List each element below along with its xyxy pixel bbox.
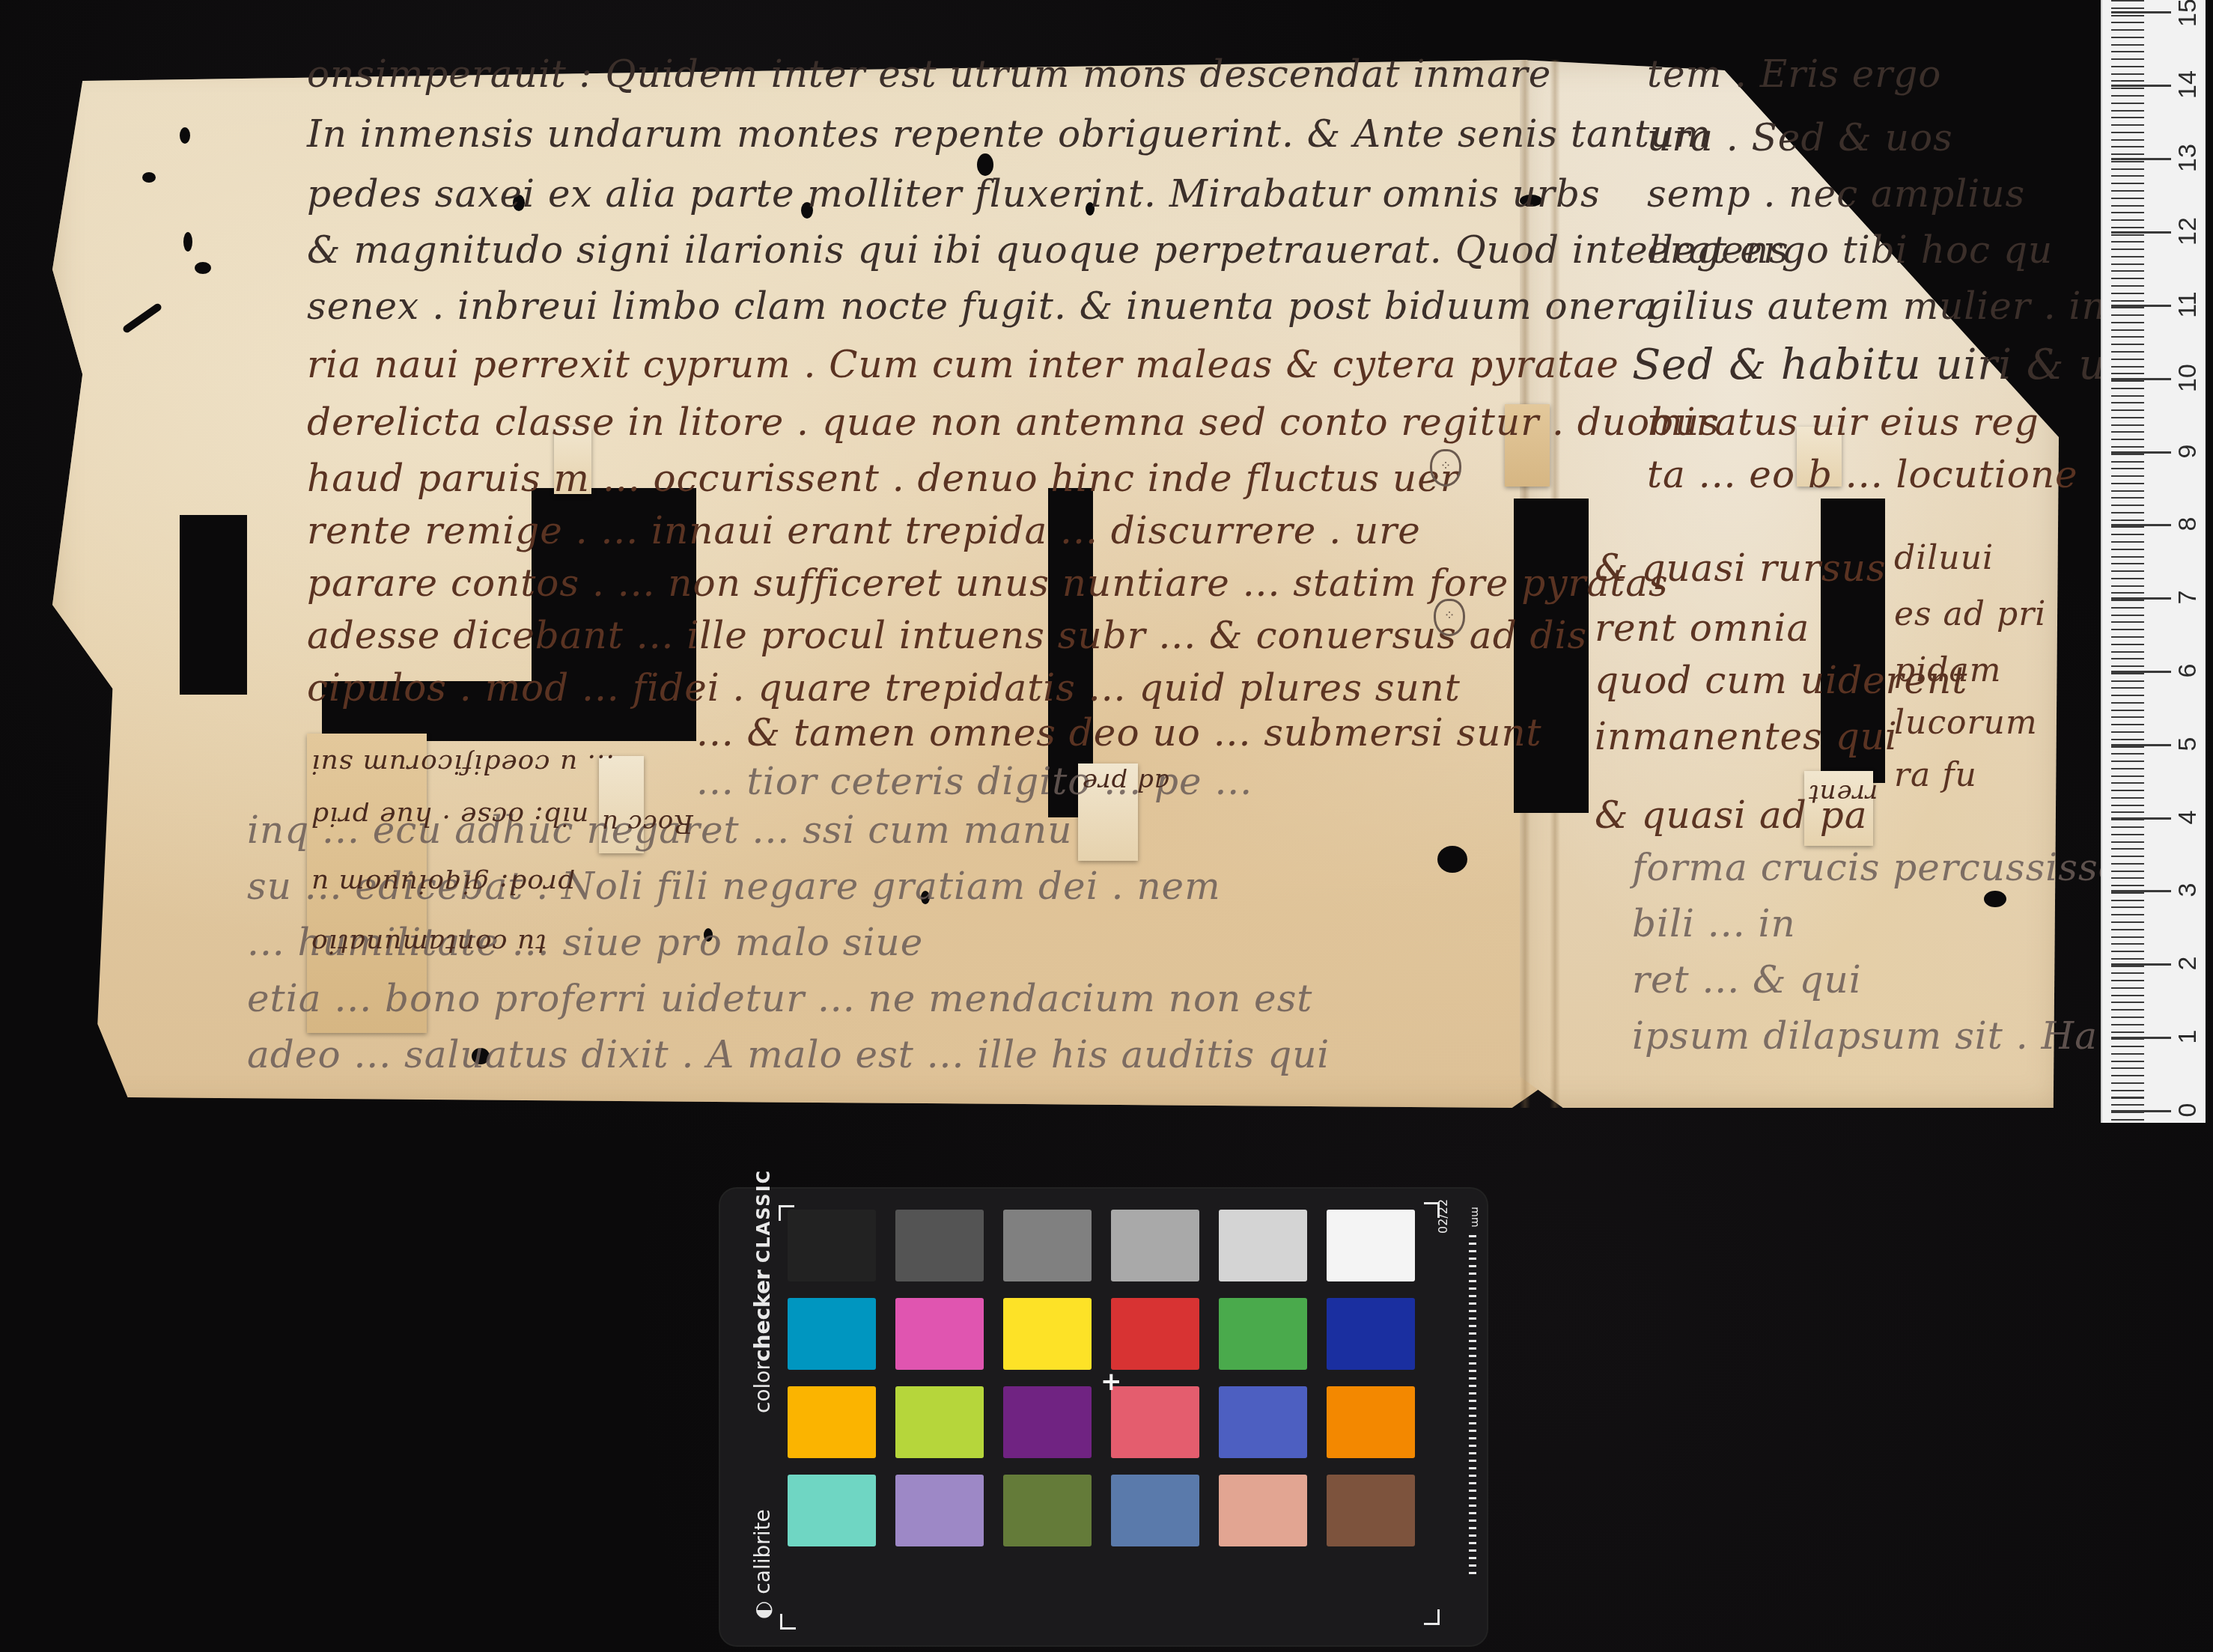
mirrored-text: ... u coedificorum sui xyxy=(311,749,615,779)
text-line: gilius autem mulier . ind xyxy=(1647,284,2131,328)
ruler-label: 6 xyxy=(2175,654,2200,687)
ink-blot xyxy=(1437,846,1467,873)
text-line: parare contos . ... non sufficeret unus … xyxy=(307,561,1669,605)
color-swatch-r3-c5 xyxy=(1219,1386,1307,1458)
text-line: haud paruis m ... occurissent . denuo hi… xyxy=(307,457,1459,500)
ruler-label: 10 xyxy=(2175,362,2200,394)
text-line: ret ... & qui xyxy=(1632,958,1862,1002)
ruler-tick xyxy=(2111,597,2171,600)
text-line: rent omnia xyxy=(1595,606,1809,650)
ruler-tick xyxy=(2111,11,2171,13)
color-checker-card: colorchecker CLASSIC ◐ calibrite + 02/22… xyxy=(720,1189,1487,1645)
mirrored-text: nib: ocse · hue prid xyxy=(311,801,588,832)
ruler-tick xyxy=(2111,451,2171,454)
ruler-label: 12 xyxy=(2175,215,2200,248)
ruler-tick xyxy=(2111,305,2171,307)
parchment-hole xyxy=(180,515,247,695)
text-line: ra fu xyxy=(1894,756,1977,794)
calibrite-logo-icon: ◐ xyxy=(750,1594,775,1619)
color-swatch-r4-c1 xyxy=(788,1475,876,1546)
color-swatch-r4-c6 xyxy=(1327,1475,1415,1546)
ruler-label: 4 xyxy=(2175,801,2200,834)
color-swatch-r1-c4 xyxy=(1111,1210,1199,1281)
ruler-label: 3 xyxy=(2175,874,2200,906)
ruler-tick xyxy=(2111,1037,2171,1039)
text-line: adesse dicebant ... ille procul intuens … xyxy=(307,614,1587,657)
ruler-tick xyxy=(2111,524,2171,526)
text-line: & magnitudo signi ilarionis qui ibi quoq… xyxy=(307,228,1789,272)
text-line: onsimperauit : Quidem inter est utrum mo… xyxy=(307,52,1551,96)
ruler-tick xyxy=(2111,158,2171,160)
ruler-label: 14 xyxy=(2175,68,2200,101)
mirrored-text: Rocc u xyxy=(601,808,693,838)
ruler-label: 1 xyxy=(2175,1020,2200,1053)
color-swatch-r3-c3 xyxy=(1003,1386,1092,1458)
color-swatch-r4-c5 xyxy=(1219,1475,1307,1546)
color-swatch-r2-c4 xyxy=(1111,1298,1199,1370)
ruler-label: 15 xyxy=(2175,0,2200,29)
mirrored-text: ad pre xyxy=(1082,767,1169,797)
text-line: ipsum dilapsum sit . Ha xyxy=(1632,1014,2098,1058)
text-line: cipulos . mod ... fidei . quare trepidat… xyxy=(307,666,1461,710)
measurement-ruler: 0 1 2 3 4 5 6 7 8 9 10 11 12 13 14 15 xyxy=(2101,0,2206,1123)
mirrored-text: rrent xyxy=(1808,778,1878,808)
wormhole xyxy=(142,172,156,183)
color-swatch-r2-c3 xyxy=(1003,1298,1092,1370)
wormhole xyxy=(180,127,190,144)
text-line: es ad pri xyxy=(1894,595,2046,633)
color-swatch-r2-c5 xyxy=(1219,1298,1307,1370)
text-line: erat ergo tibi hoc qu xyxy=(1647,228,2053,272)
ruler-tick xyxy=(2111,231,2171,234)
ruler-mm-ticks xyxy=(2111,0,2144,1123)
color-swatch-r1-c6 xyxy=(1327,1210,1415,1281)
color-swatch-r3-c4 xyxy=(1111,1386,1199,1458)
wormhole xyxy=(1984,891,2006,907)
text-line: semp . nec amplius xyxy=(1647,172,2025,216)
text-line: pidam xyxy=(1894,651,2001,689)
text-line: derelicta classe in litore . quae non an… xyxy=(307,400,1720,444)
color-swatch-r3-c1 xyxy=(788,1386,876,1458)
color-swatch-r1-c3 xyxy=(1003,1210,1092,1281)
text-line: diluui xyxy=(1894,539,1994,577)
crosshair-icon: + xyxy=(1101,1367,1122,1397)
mirrored-text: tu contamunatio xyxy=(311,928,547,959)
color-swatch-r1-c5 xyxy=(1219,1210,1307,1281)
ruler-label: 9 xyxy=(2175,435,2200,468)
manuscript-fragment: onsimperauit : Quidem inter est utrum mo… xyxy=(52,60,2051,1108)
text-line: lucorum xyxy=(1894,704,2038,742)
checker-date-code: 02/22 xyxy=(1436,1199,1450,1234)
checker-scale-unit: mm xyxy=(1469,1207,1481,1227)
ruler-tick xyxy=(2111,890,2171,892)
ruler-label: 11 xyxy=(2175,288,2200,321)
text-line: ura . Sed & uos xyxy=(1647,116,1953,159)
color-swatch-r2-c2 xyxy=(895,1298,984,1370)
color-swatch-r2-c1 xyxy=(788,1298,876,1370)
text-line: rente remige . ... innaui erant trepida … xyxy=(307,509,1421,552)
ruler-label: 13 xyxy=(2175,141,2200,174)
text-line: ta ... eo b ... locutione xyxy=(1647,453,2078,496)
ruler-tick xyxy=(2111,744,2171,746)
color-swatch-r1-c1 xyxy=(788,1210,876,1281)
ruler-label: 7 xyxy=(2175,581,2200,614)
ruler-tick xyxy=(2111,671,2171,673)
library-stamp-icon: ⁘ xyxy=(1430,449,1461,487)
wormhole xyxy=(195,262,211,274)
color-swatch-r1-c2 xyxy=(895,1210,984,1281)
color-swatch-r3-c2 xyxy=(895,1386,984,1458)
ruler-label: 5 xyxy=(2175,728,2200,761)
text-line: Sed & habitu uiri & uul xyxy=(1632,341,2149,389)
text-line: etia ... bono proferri uidetur ... ne me… xyxy=(247,977,1312,1020)
color-swatch-r3-c6 xyxy=(1327,1386,1415,1458)
ruler-tick xyxy=(2111,85,2171,87)
wormhole xyxy=(183,232,192,252)
text-line: senex . inbreui limbo clam nocte fugit. … xyxy=(307,284,1658,328)
color-swatch-r4-c4 xyxy=(1111,1475,1199,1546)
text-line: & quasi rursus xyxy=(1595,546,1887,590)
corner-mark xyxy=(1424,1609,1440,1625)
ruler-label: 0 xyxy=(2175,1094,2200,1127)
ruler-tick xyxy=(2111,817,2171,820)
mirrored-text: prod: giqoiuuom u xyxy=(311,868,575,899)
library-stamp-icon: ⁘ xyxy=(1434,599,1465,636)
ruler-tick xyxy=(2111,1110,2171,1112)
color-swatch-r4-c3 xyxy=(1003,1475,1092,1546)
ruler-tick xyxy=(2111,378,2171,380)
text-line: In inmensis undarum montes repente obrig… xyxy=(307,112,1711,156)
color-swatch-r4-c2 xyxy=(895,1475,984,1546)
corner-mark xyxy=(780,1614,796,1630)
brand-name: calibrite xyxy=(750,1509,775,1594)
text-line: ria naui perrexit cyprum . Cum cum inter… xyxy=(307,343,1619,386)
ruler-label: 8 xyxy=(2175,508,2200,540)
ruler-tick xyxy=(2111,963,2171,966)
text-line: bili ... in xyxy=(1632,902,1796,945)
text-line: inmanentes qui xyxy=(1595,715,1898,758)
text-line: miratus uir eius reg xyxy=(1647,400,2039,444)
text-line: ... & tamen omnes deo uo ... submersi su… xyxy=(696,711,1542,755)
checker-brand: ◐ calibrite xyxy=(750,1215,775,1619)
text-line: tem . Eris ergo xyxy=(1647,52,1941,96)
text-line: adeo ... saluatus dixit . A malo est ...… xyxy=(247,1033,1330,1076)
color-swatch-r2-c6 xyxy=(1327,1298,1415,1370)
checker-mm-scale xyxy=(1469,1235,1476,1579)
text-line: pedes saxei ex alia parte molliter fluxe… xyxy=(307,172,1601,216)
ruler-label: 2 xyxy=(2175,947,2200,980)
